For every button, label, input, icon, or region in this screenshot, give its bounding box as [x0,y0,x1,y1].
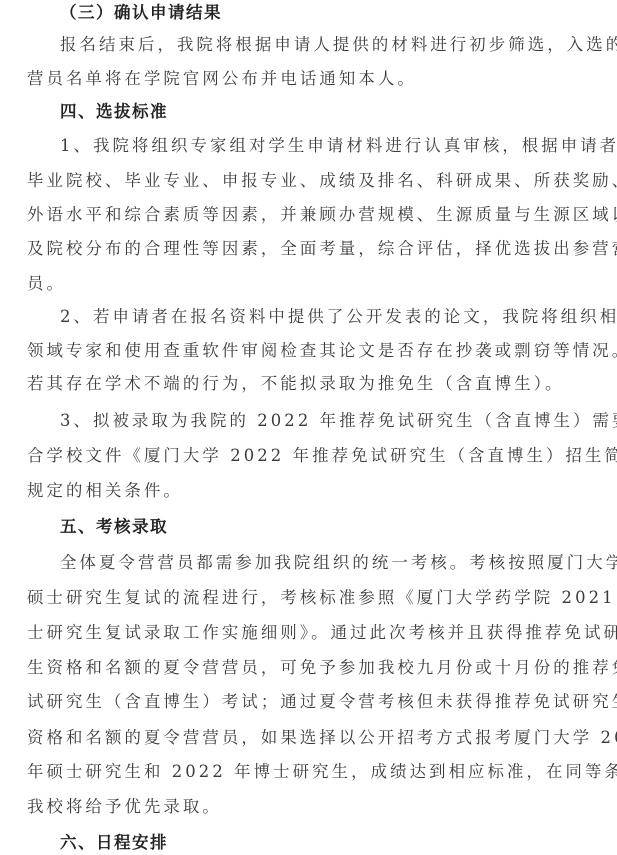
paragraph-line: 我校将给予优先录取。 [27,796,587,818]
paragraph-line: 员。 [27,273,587,295]
paragraph-line: 若其存在学术不端的行为，不能拟录取为推免生（含直博生）。 [27,373,587,395]
section-heading-assessment-admission: 五、考核录取 [60,516,617,538]
section-heading-schedule: 六、日程安排 [60,832,617,854]
paragraph-line: 全体夏令营营员都需参加我院组织的统一考核。考核按照厦门大学 [60,552,587,574]
paragraph-line: 硕士研究生复试的流程进行，考核标准参照《厦门大学药学院 2021 年硕 [27,587,587,609]
paragraph-line: 领域专家和使用查重软件审阅检查其论文是否存在抄袭或剽窃等情况。 [27,340,587,362]
paragraph-line: 2、若申请者在报名资料中提供了公开发表的论文，我院将组织相关 [60,306,587,328]
paragraph-line: 1、我院将组织专家组对学生申请材料进行认真审核，根据申请者的 [60,135,587,157]
paragraph-line: 报名结束后，我院将根据申请人提供的材料进行初步筛选，入选的 [60,34,587,56]
paragraph-line: 资格和名额的夏令营营员，如果选择以公开招考方式报考厦门大学 2022 [27,727,587,749]
paragraph-line: 年硕士研究生和 2022 年博士研究生，成绩达到相应标准，在同等条件下 [27,761,587,783]
paragraph-line: 规定的相关条件。 [27,480,587,502]
paragraph-line: 3、拟被录取为我院的 2022 年推荐免试研究生（含直博生）需要符 [60,410,587,432]
paragraph-line: 毕业院校、毕业专业、申报专业、成绩及排名、科研成果、所获奖励、 [27,170,587,192]
paragraph-line: 士研究生复试录取工作实施细则》。通过此次考核并且获得推荐免试研究 [27,622,587,644]
paragraph-line: 试研究生（含直博生）考试；通过夏令营考核但未获得推荐免试研究生 [27,691,587,713]
paragraph-line: 营员名单将在学院官网公布并电话通知本人。 [27,68,587,90]
paragraph-line: 生资格和名额的夏令营营员，可免予参加我校九月份或十月份的推荐免 [27,657,587,679]
section-heading-confirm-results: （三）确认申请结果 [60,2,617,24]
paragraph-line: 外语水平和综合素质等因素，并兼顾办营规模、生源质量与生源区域以 [27,204,587,226]
paragraph-line: 合学校文件《厦门大学 2022 年推荐免试研究生（含直博生）招生简章》 [27,445,587,467]
paragraph-line: 及院校分布的合理性等因素，全面考量，综合评估，择优选拔出参营营 [27,238,587,260]
section-heading-selection-criteria: 四、选拔标准 [60,101,617,123]
